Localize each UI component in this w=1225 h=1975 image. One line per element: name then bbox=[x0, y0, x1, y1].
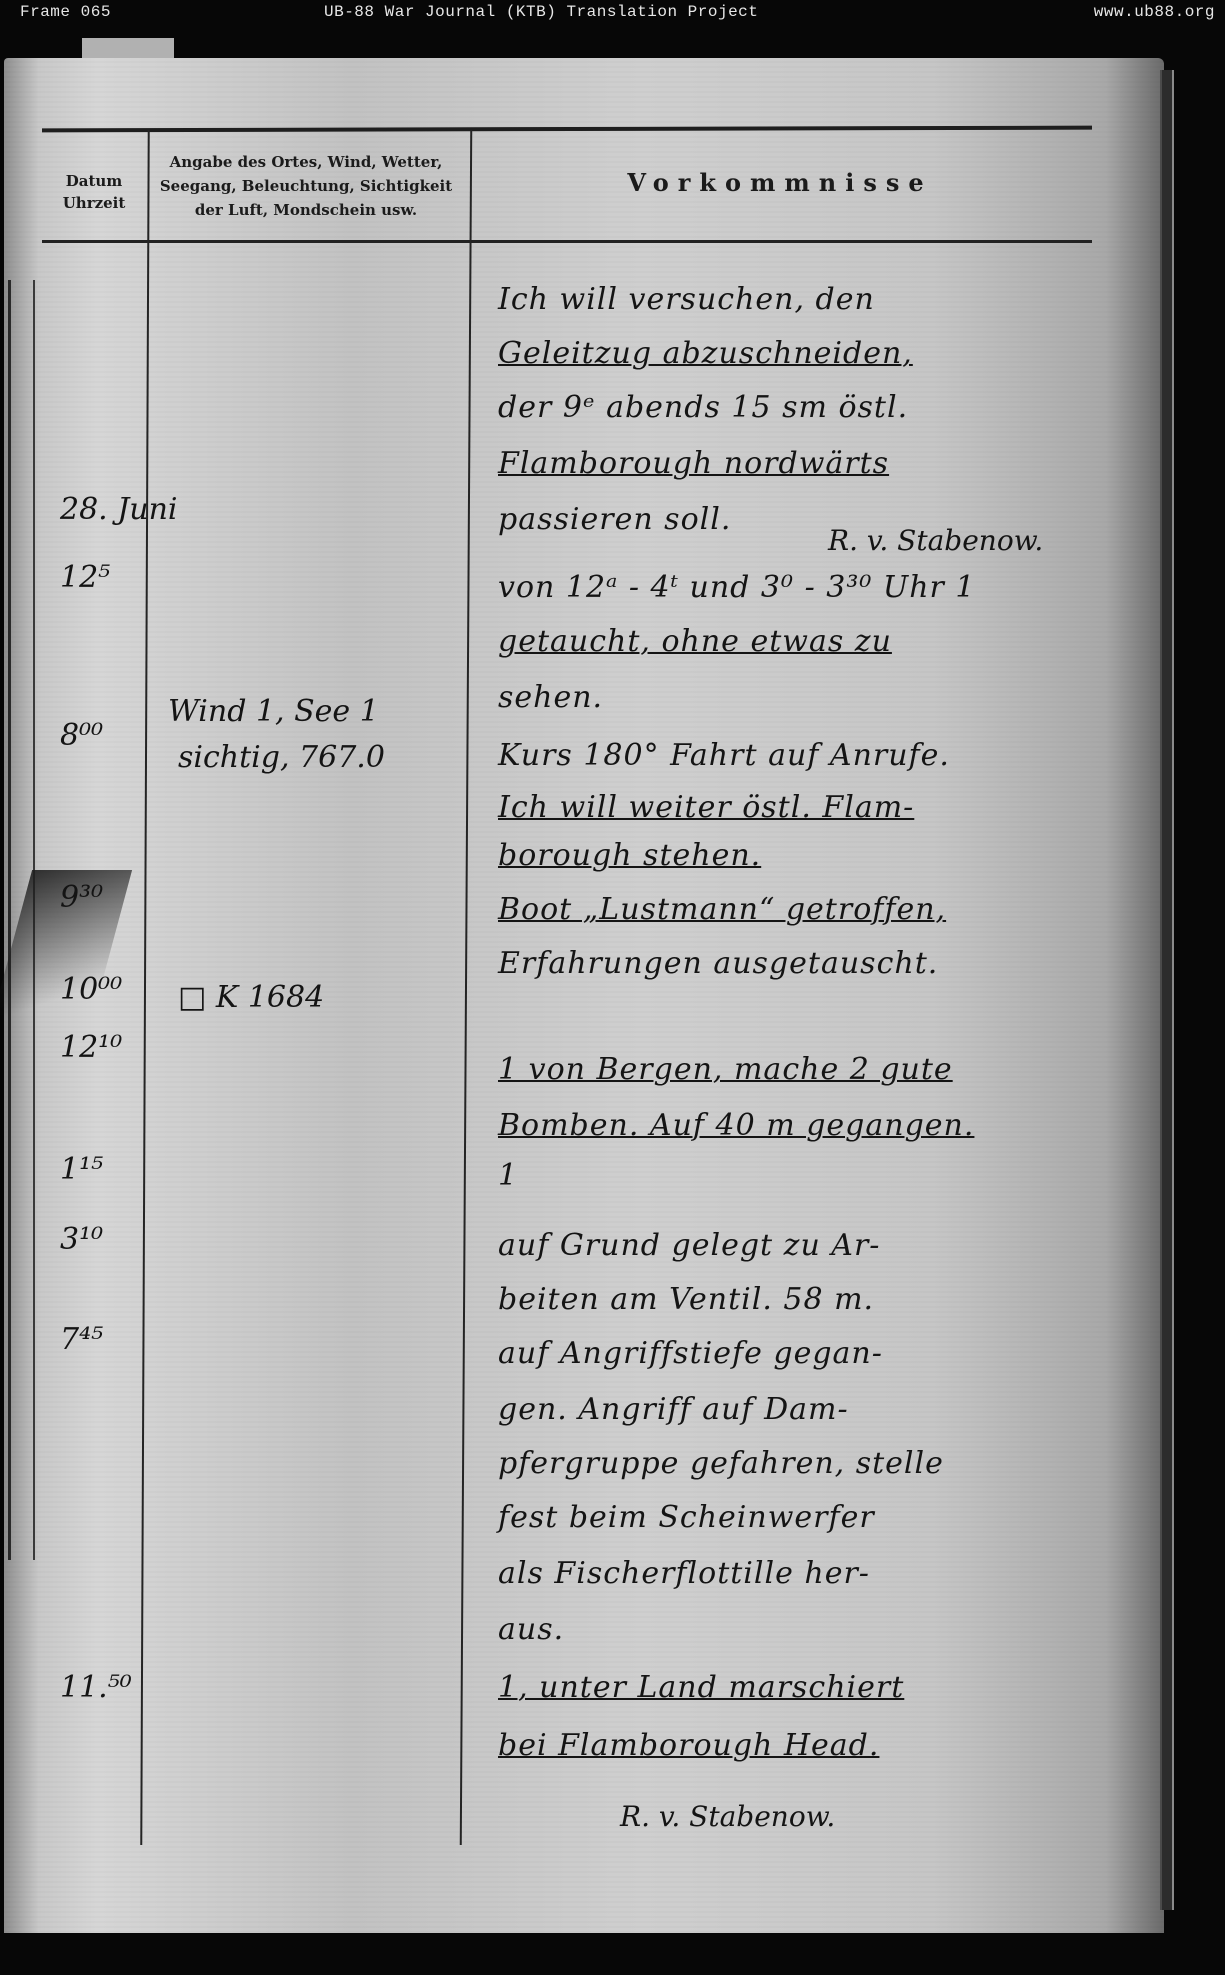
project-title: UB-88 War Journal (KTB) Translation Proj… bbox=[324, 3, 758, 21]
header-angabe: Angabe des Ortes, Wind, Wetter, Seegang,… bbox=[148, 150, 464, 222]
time-entry: 28. Juni bbox=[60, 492, 178, 527]
grid-square-entry: □ K 1684 bbox=[178, 980, 324, 1015]
time-entry: 8⁰⁰ bbox=[60, 718, 103, 753]
event-line: 1, unter Land marschiert bbox=[498, 1670, 904, 1705]
event-line: 1 von Bergen, mache 2 gute bbox=[498, 1052, 953, 1087]
signature: R. v. Stabenow. bbox=[620, 1800, 835, 1833]
time-entry: 12¹⁰ bbox=[60, 1030, 122, 1065]
event-line: auf Angriffstiefe gegan- bbox=[498, 1336, 883, 1371]
event-line: getaucht, ohne etwas zu bbox=[498, 624, 892, 659]
event-line: bei Flamborough Head. bbox=[498, 1728, 879, 1763]
event-line: Bomben. Auf 40 m gegangen. bbox=[498, 1108, 974, 1143]
event-line: aus. bbox=[498, 1612, 564, 1647]
page-edge bbox=[1160, 70, 1174, 1910]
event-line: sehen. bbox=[498, 680, 603, 715]
event-line: Ich will weiter östl. Flam- bbox=[498, 790, 914, 825]
event-line: Geleitzug abzuschneiden, bbox=[498, 336, 913, 371]
event-line: als Fischerflottille her- bbox=[498, 1556, 870, 1591]
event-line: Kurs 180° Fahrt auf Anrufe. bbox=[498, 738, 950, 773]
signature: R. v. Stabenow. bbox=[828, 524, 1043, 557]
weather-entry: sichtig, 767.0 bbox=[178, 740, 385, 775]
frame-number: Frame 065 bbox=[20, 3, 111, 21]
table-header-rule bbox=[42, 240, 1092, 243]
event-line: auf Grund gelegt zu Ar- bbox=[498, 1228, 880, 1263]
event-line: borough stehen. bbox=[498, 838, 761, 873]
time-entry: 7⁴⁵ bbox=[60, 1322, 103, 1357]
time-entry: 9³⁰ bbox=[60, 880, 103, 915]
event-line: von 12ᵃ - 4ᵗ und 3⁰ - 3³⁰ Uhr 1 bbox=[498, 570, 975, 605]
page-tab-marker bbox=[82, 38, 174, 58]
time-entry: 11.⁵⁰ bbox=[60, 1670, 132, 1705]
event-line: Ich will versuchen, den bbox=[498, 282, 875, 317]
time-entry: 12⁵ bbox=[60, 560, 110, 595]
event-line: beiten am Ventil. 58 m. bbox=[498, 1282, 874, 1317]
event-line: gen. Angriff auf Dam- bbox=[498, 1392, 849, 1427]
header-datum: Datum Uhrzeit bbox=[44, 170, 144, 214]
event-line: passieren soll. bbox=[498, 502, 731, 537]
time-entry: 1¹⁵ bbox=[60, 1152, 103, 1187]
time-entry: 3¹⁰ bbox=[60, 1222, 103, 1257]
event-line: fest beim Scheinwerfer bbox=[498, 1500, 875, 1535]
header-vorkommnisse: Vorkommnisse bbox=[470, 168, 1090, 197]
event-line: Boot „Lustmann“ getroffen, bbox=[498, 892, 946, 927]
event-line: 1 bbox=[498, 1158, 518, 1193]
event-line: der 9ᵉ abends 15 sm östl. bbox=[498, 390, 908, 425]
weather-entry: Wind 1, See 1 bbox=[168, 694, 379, 729]
caption-bar: Frame 065 UB-88 War Journal (KTB) Transl… bbox=[0, 0, 1225, 26]
time-entry: 10⁰⁰ bbox=[60, 972, 122, 1007]
website-label: www.ub88.org bbox=[1094, 3, 1215, 21]
event-line: Erfahrungen ausgetauscht. bbox=[498, 946, 938, 981]
event-line: pfergruppe gefahren, stelle bbox=[498, 1446, 944, 1481]
event-line: Flamborough nordwärts bbox=[498, 446, 889, 481]
